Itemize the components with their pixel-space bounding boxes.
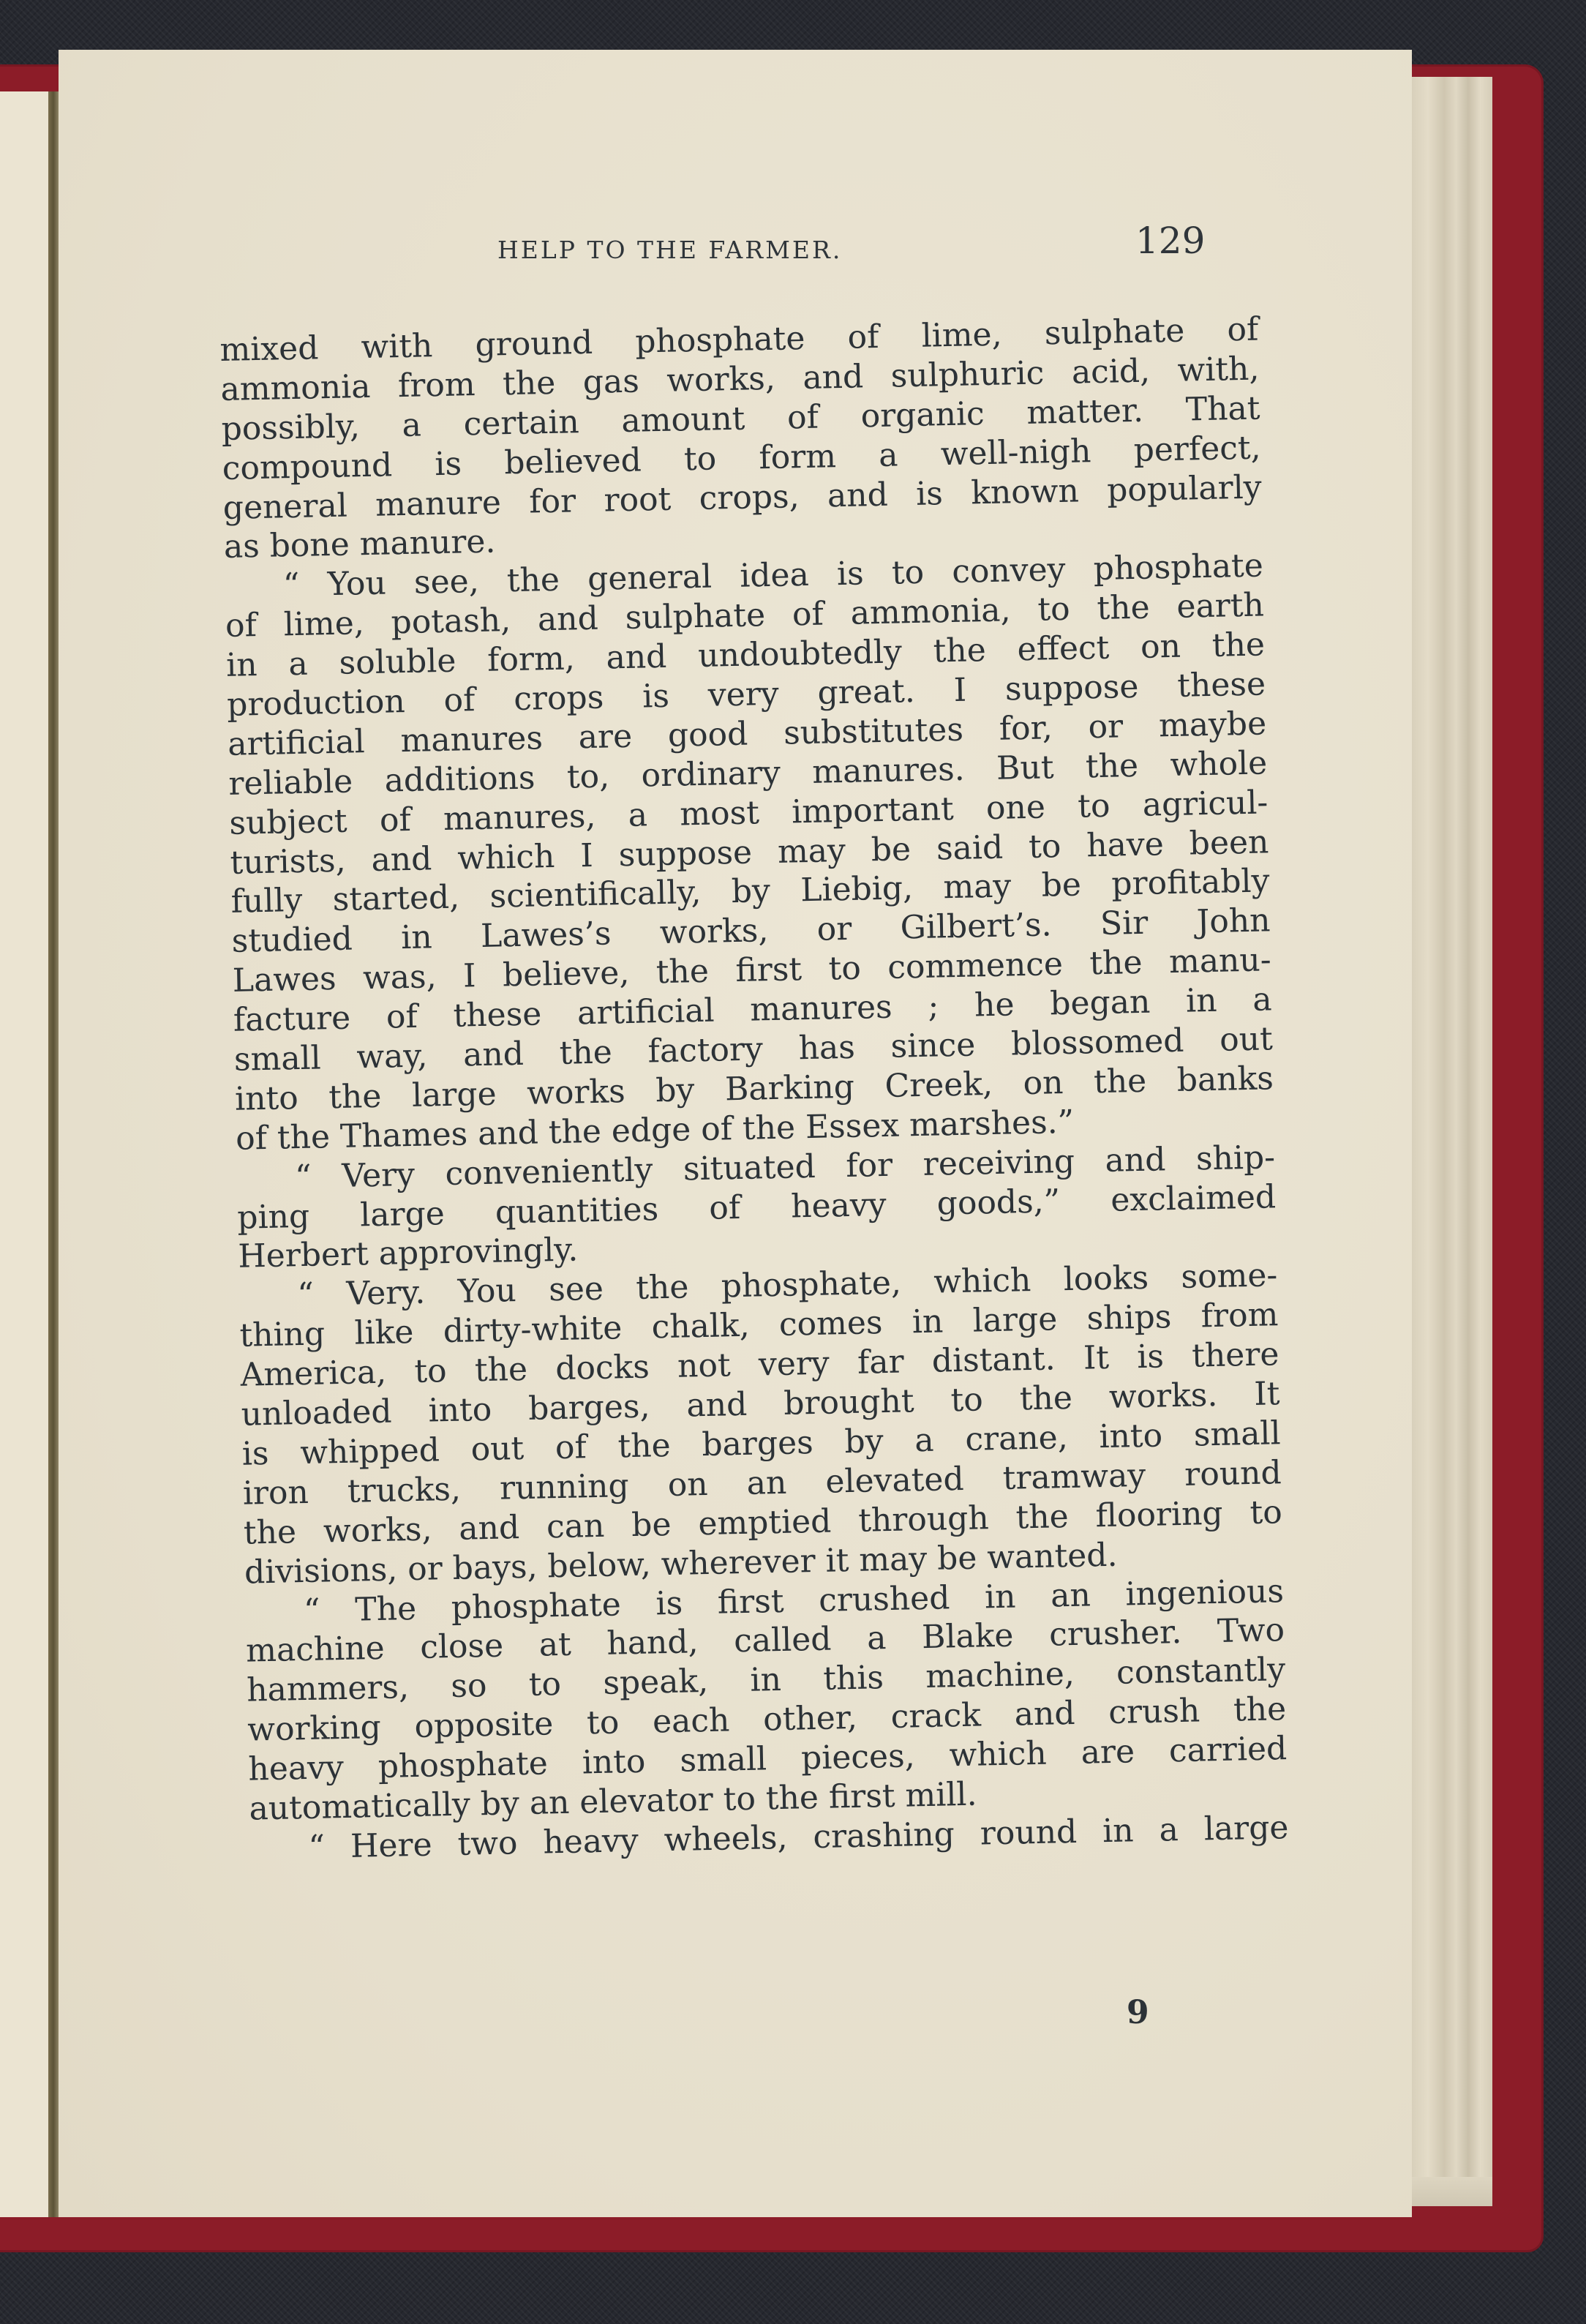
- body-text: mixed with ground phosphate of lime, sul…: [219, 310, 1289, 1869]
- page-edges-right: [1412, 77, 1492, 2177]
- book-gutter: [48, 91, 59, 2217]
- signature-mark: 9: [1127, 1994, 1149, 2031]
- left-page: [0, 91, 50, 2217]
- running-head: HELP TO THE FARMER.: [497, 236, 842, 264]
- page-number: 129: [1135, 220, 1205, 262]
